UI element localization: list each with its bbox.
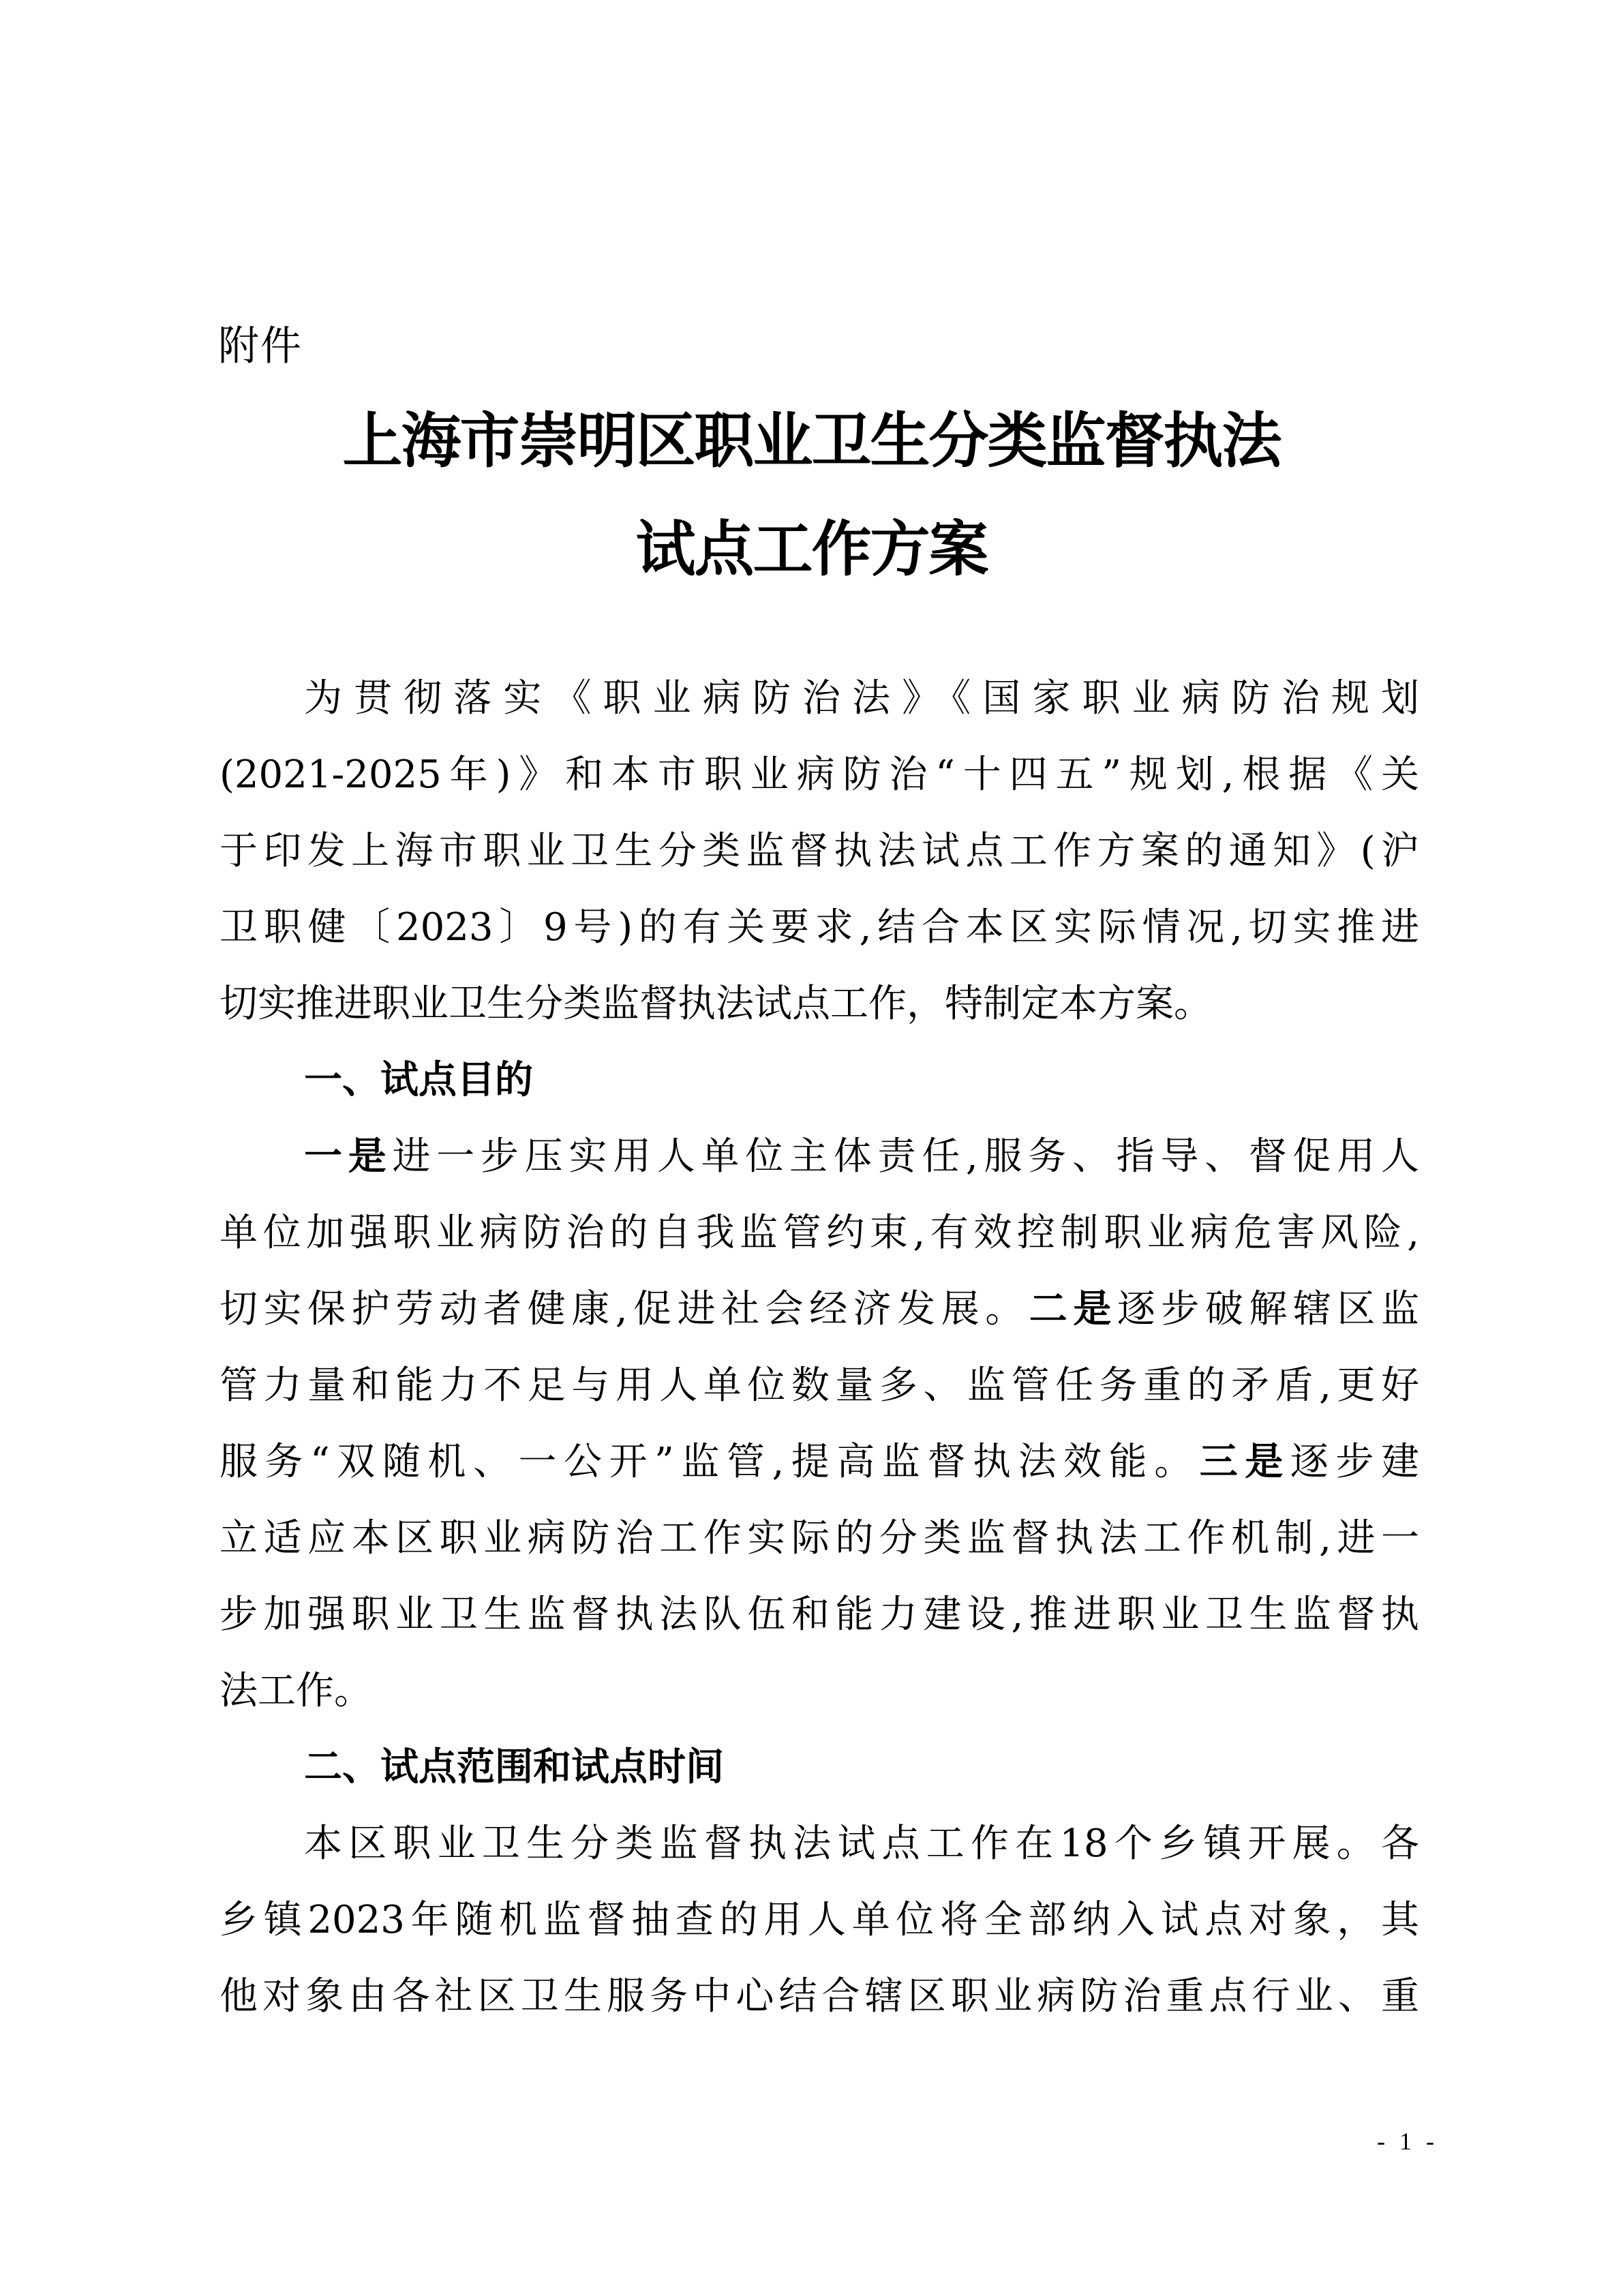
section1-line: 管力量和能力不足与用人单位数量多、监管任务重的矛盾,更好 <box>219 1359 1419 1435</box>
intro-line: 卫职健〔2023〕9号)的有关要求,结合本区实际情况,切实推进 <box>219 901 1419 977</box>
page-number: - 1 - <box>1377 2127 1438 2156</box>
section-heading-scope-time: 二、试点范围和试点时间 <box>219 1740 1419 1817</box>
section1-line: 法工作。 <box>219 1664 1419 1740</box>
section-heading-purpose: 一、试点目的 <box>219 1053 1419 1130</box>
document-title-line-2: 试点工作方案 <box>0 515 1623 583</box>
section1-text: 服务“双随机、一公开”监管,提高监督执法效能。 <box>219 1440 1200 1484</box>
attachment-label: 附件 <box>218 320 303 372</box>
section1-text: 进一步压实用人单位主体责任,服务、指导、督促用人 <box>392 1134 1419 1179</box>
section1-text: 切实保护劳动者健康,促进社会经济发展。 <box>219 1287 1029 1331</box>
section1-line: 服务“双随机、一公开”监管,提高监督执法效能。三是逐步建 <box>219 1435 1419 1511</box>
section1-line: 单位加强职业病防治的自我监管约束,有效控制职业病危害风险, <box>219 1206 1419 1282</box>
intro-line: 为贯彻落实《职业病防治法》《国家职业病防治规划 <box>219 671 1419 748</box>
section1-text: 逐步破解辖区监 <box>1117 1287 1419 1331</box>
section2-line: 乡镇2023年随机监督抽查的用人单位将全部纳入试点对象，其 <box>219 1893 1419 1969</box>
section1-line: 立适应本区职业病防治工作实际的分类监督执法工作机制,进一 <box>219 1511 1419 1588</box>
emphasis-second: 二是 <box>1029 1287 1117 1331</box>
section1-line: 切实保护劳动者健康,促进社会经济发展。二是逐步破解辖区监 <box>219 1282 1419 1359</box>
section1-line: 步加强职业卫生监督执法队伍和能力建设,推进职业卫生监督执 <box>219 1588 1419 1664</box>
section2-line: 本区职业卫生分类监督执法试点工作在18个乡镇开展。各 <box>219 1817 1419 1893</box>
document-body: 为贯彻落实《职业病防治法》《国家职业病防治规划 (2021-2025年)》和本市… <box>219 671 1419 2046</box>
document-title-line-1: 上海市崇明区职业卫生分类监督执法 <box>0 406 1623 474</box>
intro-line: (2021-2025年)》和本市职业病防治“十四五”规划,根据《关 <box>219 748 1419 824</box>
emphasis-third: 三是 <box>1200 1440 1290 1484</box>
section1-line: 一是进一步压实用人单位主体责任,服务、指导、督促用人 <box>219 1130 1419 1206</box>
section1-text: 逐步建 <box>1290 1440 1419 1484</box>
intro-line: 于印发上海市职业卫生分类监督执法试点工作方案的通知》(沪 <box>219 824 1419 901</box>
section2-line: 他对象由各社区卫生服务中心结合辖区职业病防治重点行业、重 <box>219 1969 1419 2046</box>
emphasis-first: 一是 <box>304 1134 392 1179</box>
document-page: 附件 上海市崇明区职业卫生分类监督执法 试点工作方案 为贯彻落实《职业病防治法》… <box>0 0 1623 2296</box>
intro-line: 切实推进职业卫生分类监督执法试点工作，特制定本方案。 <box>219 977 1419 1053</box>
